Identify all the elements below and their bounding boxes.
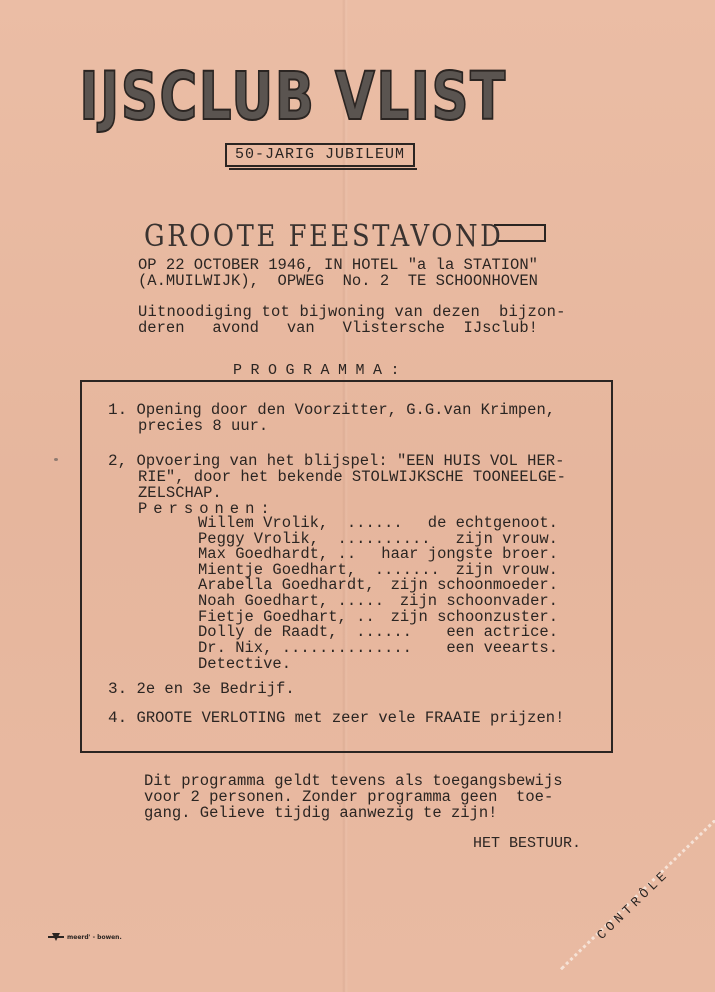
printer-mark: meerd' - bowen.: [48, 933, 122, 941]
item-number: 1.: [108, 401, 127, 419]
cast-extra: Detective.: [198, 656, 291, 673]
item-text: GROOTE VERLOTING met zeer vele FRAAIE pr…: [137, 709, 565, 727]
event-title: GROOTE FEESTAVOND: [144, 222, 503, 252]
printer-mark-text: meerd' - bowen.: [67, 934, 122, 941]
printer-logo-icon: [48, 933, 64, 941]
cast-list: Willem Vrolik, ......de echtgenoot. Pegg…: [198, 516, 558, 656]
paper-mark: [54, 458, 58, 461]
program-item-1-continued: precies 8 uur.: [138, 418, 268, 435]
item-number: 4.: [108, 709, 127, 727]
program-item-3: 3. 2e en 3e Bedrijf.: [108, 681, 295, 698]
item-number: 2,: [108, 452, 127, 470]
control-stub-label: CONTRÔLE: [594, 866, 672, 942]
program-heading: PROGRAMMA:: [233, 362, 408, 379]
club-masthead-title: IJSCLUB VLIST: [148, 58, 438, 130]
event-address-line: (A.MUILWIJK), OPWEG No. 2 TE SCHOONHOVEN: [138, 273, 538, 290]
item-number: 3.: [108, 680, 127, 698]
cast-row: Dr. Nix, ..............een veearts.: [198, 641, 558, 657]
cast-dots: ..............: [282, 639, 412, 657]
invitation-text-line-2: deren avond van Vlistersche IJsclub!: [138, 320, 538, 337]
control-stub: CONTRÔLE: [560, 820, 715, 992]
cast-role: een veearts.: [446, 641, 558, 657]
item-text: 2e en 3e Bedrijf.: [137, 680, 295, 698]
program-item-4: 4. GROOTE VERLOTING met zeer vele FRAAIE…: [108, 710, 564, 727]
invitation-page: IJSCLUB VLIST 50-JARIG JUBILEUM GROOTE F…: [0, 0, 715, 992]
jubilee-label: 50-JARIG JUBILEUM: [225, 143, 415, 167]
admission-note-line-3: gang. Gelieve tijdig aanwezig te zijn!: [144, 805, 497, 822]
title-ornament-box: [498, 224, 546, 242]
